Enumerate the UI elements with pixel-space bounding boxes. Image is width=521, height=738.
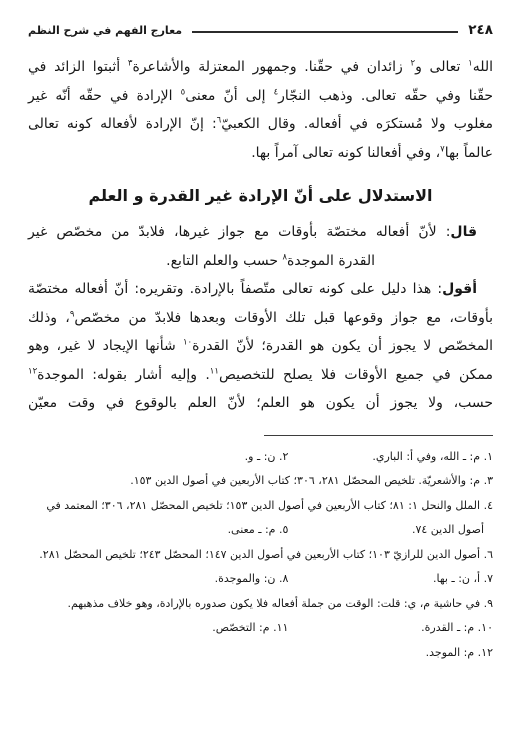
text-line: مغلوب ولا مُستكرَه في أفعاله. وقال الكعب… [28, 110, 493, 139]
footnote-ref: ٢ [411, 58, 416, 68]
footnote-8: ٨. ن: والموجدة. [28, 567, 288, 592]
footnote-ref: ٨ [282, 252, 287, 262]
paragraph-qala: قال: لأنّ أفعاله مختصّة بأوقات مع جواز غ… [28, 218, 493, 275]
footnote-row: أصول الدين ٧٤. ٥. م: ـ معنى. [28, 518, 493, 543]
header-rule [192, 31, 458, 32]
footnote-4: ٤. الملل والنحل ١: ٨١؛ كتاب الأربعين في … [28, 494, 493, 519]
footnote-ref: ٦ [217, 115, 222, 125]
footnote-row: ٧. أ، ن: ـ بها. ٨. ن: والموجدة. [28, 567, 493, 592]
footnote-ref: ٣ [128, 58, 133, 68]
footnote-7: ٧. أ، ن: ـ بها. [288, 567, 493, 592]
book-page: ٢٤٨ معارج الفهم في شرح النظم الله١ تعالى… [0, 0, 521, 738]
page-number: ٢٤٨ [468, 22, 493, 38]
book-title: معارج الفهم في شرح النظم [28, 24, 182, 37]
section-heading: الاستدلال على أنّ الإرادة غير القدرة و ا… [28, 182, 493, 210]
emphasis-label: قال [450, 224, 477, 240]
footnote-6: ٦. أصول الدين للرازيّ ١٠٣؛ كتاب الأربعين… [28, 543, 493, 568]
footnote-2: ٢. ن: ـ و. [28, 445, 288, 470]
text-line: الله١ تعالى و٢ زائدان في حقّنا. وجمهور ا… [28, 53, 493, 82]
paragraph-aqulu: أقول: هذا دليل على كونه تعالى متّصفاً با… [28, 275, 493, 418]
footnote-11: ١١. م: التخصّص. [28, 616, 288, 641]
text-line: قال: لأنّ أفعاله مختصّة بأوقات مع جواز غ… [28, 218, 493, 247]
footnote-row: ١. م: ـ الله، وفي أ: الباري. ٢. ن: ـ و. [28, 445, 493, 470]
footnote-ref: ٥ [181, 87, 186, 97]
text-line: حقّنا وفي حقّه تعالى. وذهب النجّار٤ إلى … [28, 82, 493, 111]
footnote-row: ١٢. م: الموجد. [28, 641, 493, 666]
emphasis-label: أقول [442, 281, 477, 297]
footnote-ref: ٤ [274, 87, 279, 97]
footnote-9: ٩. في حاشية م، ي: قلت: الوقت من جملة أفع… [28, 592, 493, 617]
paragraph-intro: الله١ تعالى و٢ زائدان في حقّنا. وجمهور ا… [28, 53, 493, 167]
footnote-ref: ١٢ [28, 366, 37, 376]
footnotes: ١. م: ـ الله، وفي أ: الباري. ٢. ن: ـ و. … [28, 445, 493, 666]
footnote-3: ٣. م: والأشعريّة. تلخيص المحصّل ٢٨١، ٣٠٦… [28, 469, 493, 494]
footnote-1: ١. م: ـ الله، وفي أ: الباري. [288, 445, 493, 470]
footnote-ref: ٩ [70, 309, 75, 319]
footnote-4-continuation: أصول الدين ٧٤. [288, 518, 493, 543]
footnote-separator [264, 435, 493, 436]
footnote-row: ٦. أصول الدين للرازيّ ١٠٣؛ كتاب الأربعين… [28, 543, 493, 568]
footnote-5: ٥. م: ـ معنى. [28, 518, 288, 543]
text-line: القدرة الموجدة٨ حسب والعلم التابع. [28, 247, 493, 276]
footnote-ref: ١٠ [183, 337, 192, 347]
text-line: عالماً بها٧، وفي أفعالنا كونه تعالى آمرا… [28, 139, 493, 168]
footnote-12: ١٢. م: الموجد. [28, 641, 493, 666]
text-line: أقول: هذا دليل على كونه تعالى متّصفاً با… [28, 275, 493, 304]
footnote-row: ٤. الملل والنحل ١: ٨١؛ كتاب الأربعين في … [28, 494, 493, 519]
footnote-ref: ١١ [210, 366, 219, 376]
text-line: المخصّص لا يجوز أن يكون هو القدرة؛ لأنّ … [28, 332, 493, 361]
page-header: ٢٤٨ معارج الفهم في شرح النظم [28, 22, 493, 38]
footnote-row: ٩. في حاشية م، ي: قلت: الوقت من جملة أفع… [28, 592, 493, 617]
text-line: بأوقات، مع جواز وقوعها قبل تلك الأوقات و… [28, 304, 493, 333]
footnote-row: ٣. م: والأشعريّة. تلخيص المحصّل ٢٨١، ٣٠٦… [28, 469, 493, 494]
footnote-ref: ٧ [440, 144, 445, 154]
text-line: ممكن في جميع الأوقات فلا يصلح للتخصيص١١.… [28, 361, 493, 390]
text-line: حسب، ولا يجوز أن يكون هو العلم؛ لأنّ الع… [28, 389, 493, 418]
footnote-row: ١٠. م: ـ القدرة. ١١. م: التخصّص. [28, 616, 493, 641]
footnote-ref: ١ [468, 58, 473, 68]
footnote-10: ١٠. م: ـ القدرة. [288, 616, 493, 641]
body-text: الله١ تعالى و٢ زائدان في حقّنا. وجمهور ا… [28, 53, 493, 418]
